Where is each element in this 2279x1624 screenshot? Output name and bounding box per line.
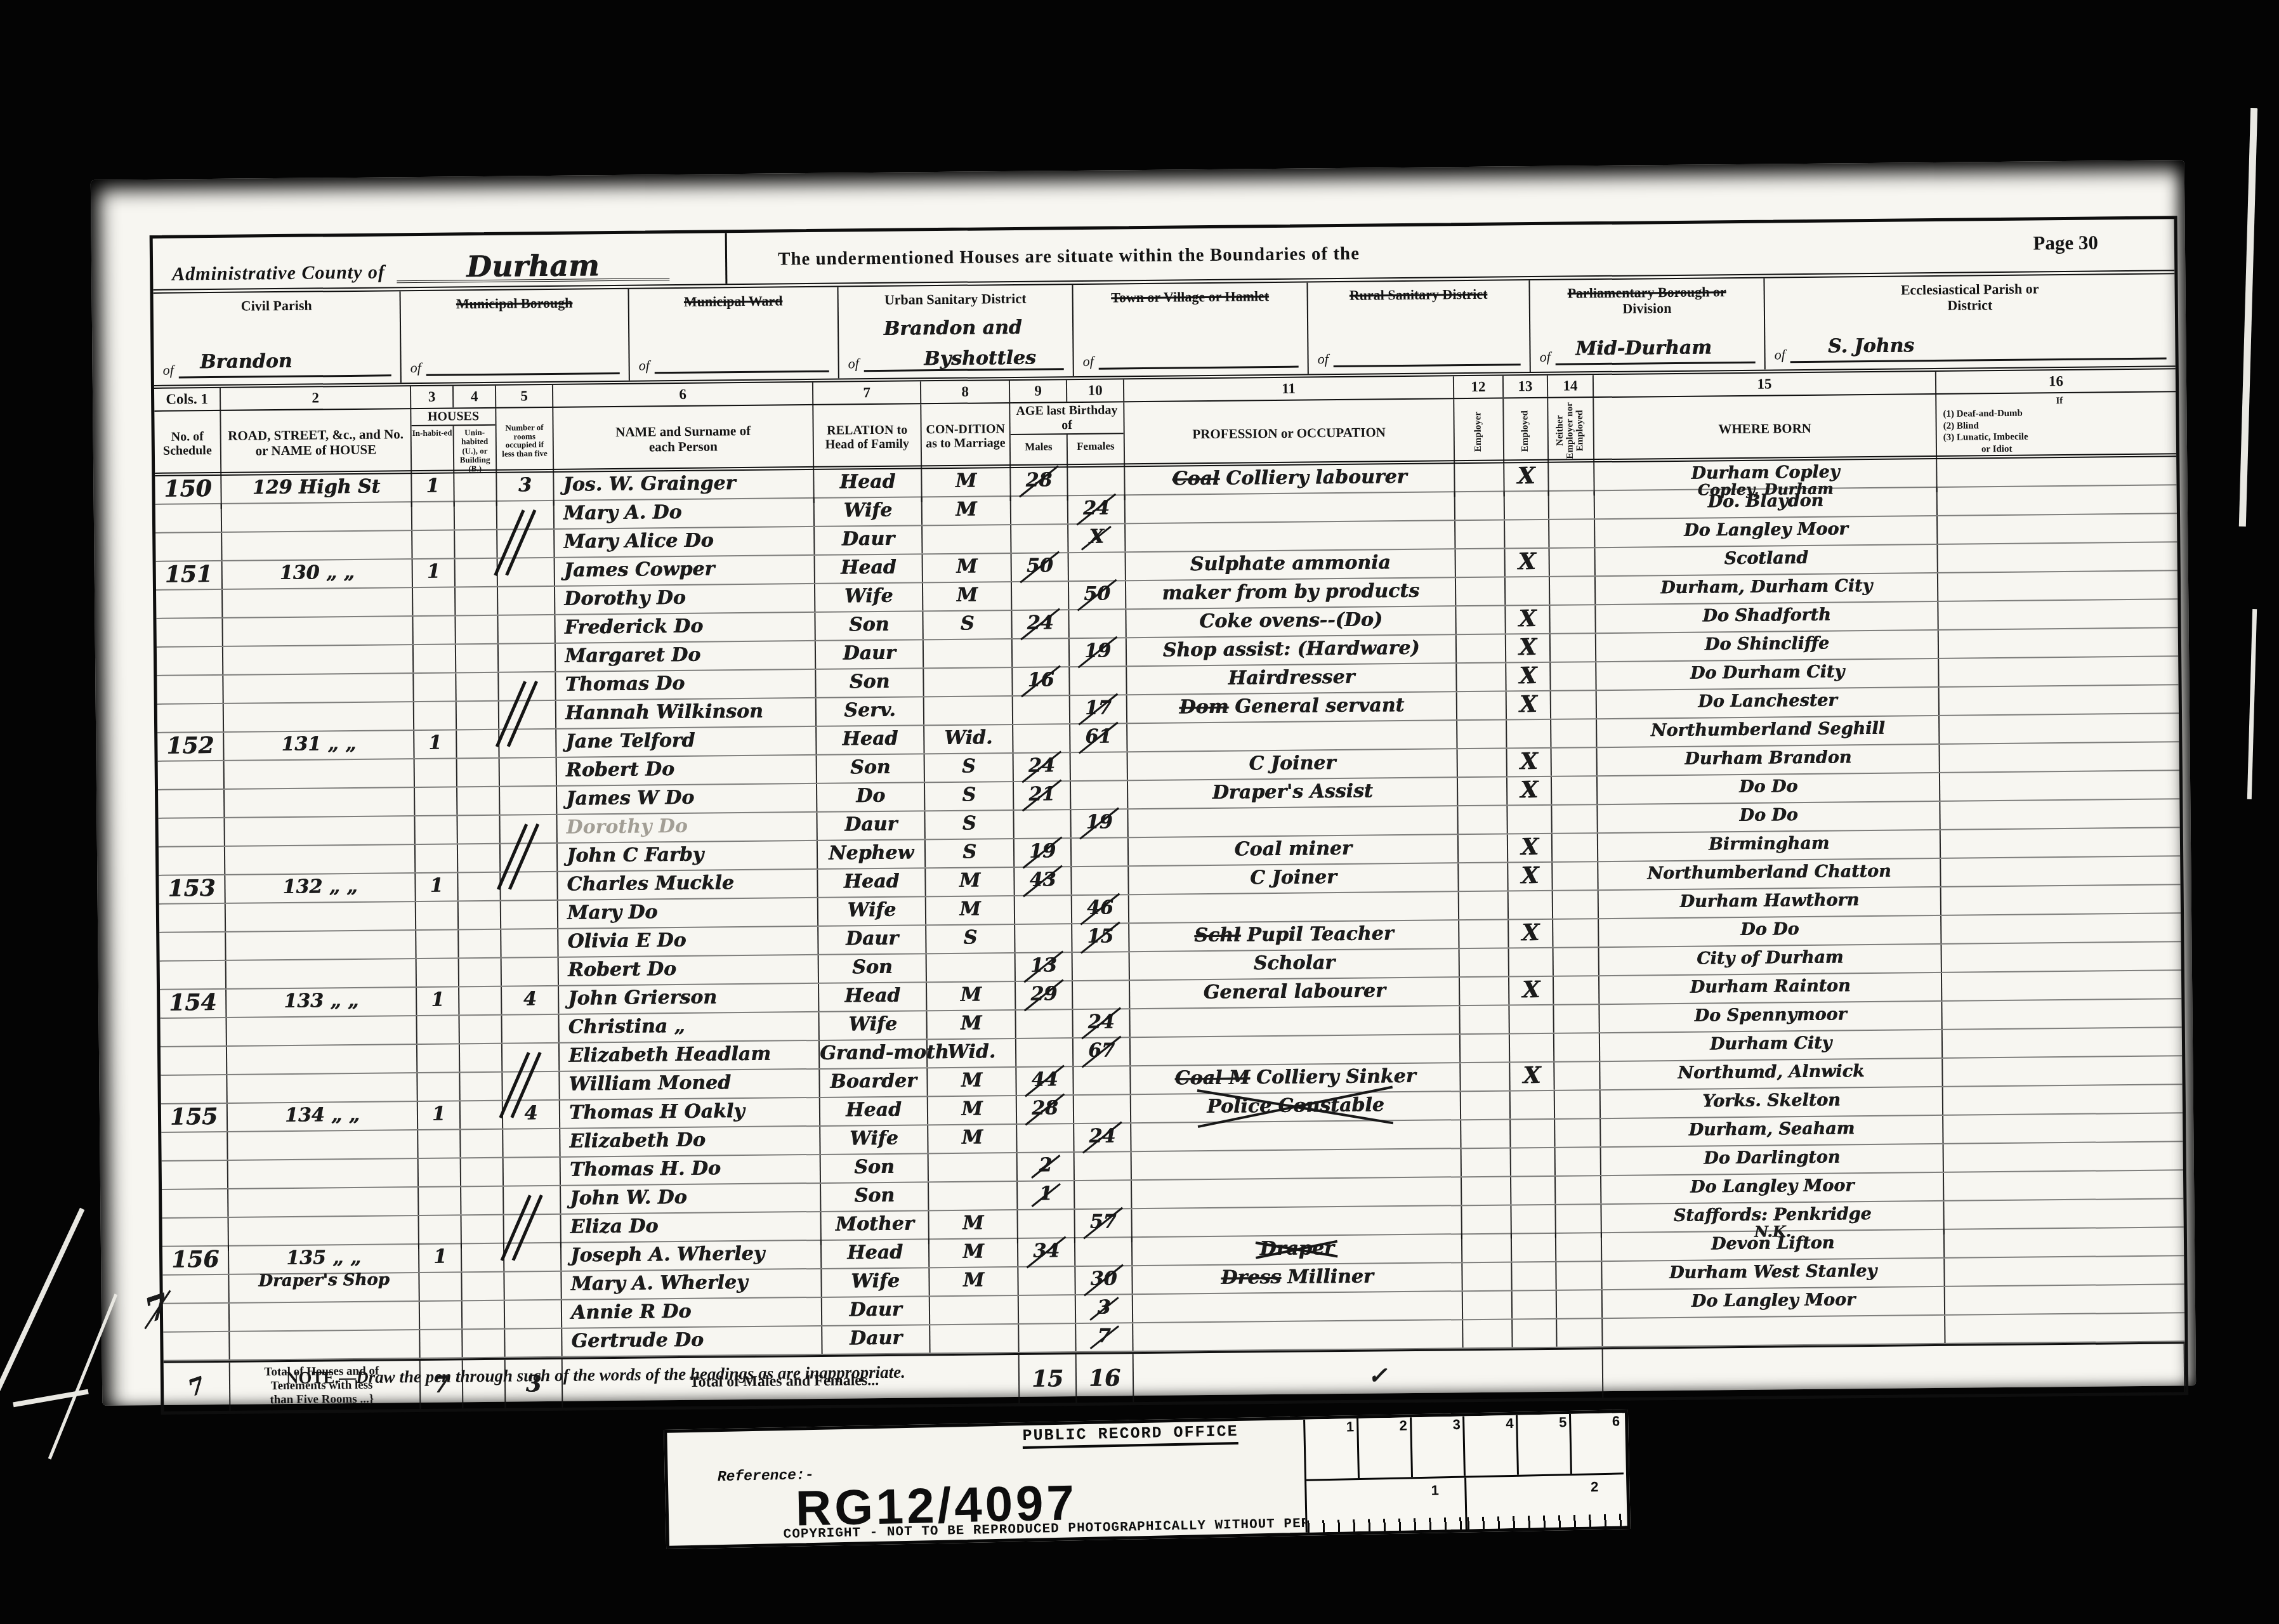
cell-name: Frederick Do [555, 613, 815, 643]
colhead-whereborn-text: WHERE BORN [1718, 421, 1811, 437]
cell-where-born: Do Langley Moor [1595, 516, 1938, 547]
cell-relation: Grand-moth [820, 1040, 928, 1068]
cell-occupation: C Joiner [1128, 749, 1458, 780]
colhead-age-title: AGE last Birthday of [1010, 402, 1123, 435]
person-name: Elizabeth Do [569, 1129, 706, 1153]
condition-value: M [956, 499, 977, 521]
colhead-condition-text: CON-DITION as to Marriage [924, 422, 1007, 450]
cell-uninhabited [456, 673, 499, 701]
inhabited-mark: 1 [428, 732, 442, 754]
district-of-line: ofMid-Durham [1539, 347, 1755, 365]
occupation-value: Coke ovens--(Do) [1199, 608, 1383, 632]
cell-employed [1507, 806, 1552, 834]
cell-rooms [501, 929, 558, 957]
occupation-value: C Joiner [1249, 752, 1336, 775]
colhead-relation: RELATION to Head of Family [813, 404, 922, 470]
born-value: Do Lanchester [1597, 688, 1938, 715]
person-name: Jos. W. Grainger [563, 472, 735, 496]
cell-age-male [1014, 810, 1071, 838]
pro-reference-box: PUBLIC RECORD OFFICE Reference:- RG12/40… [664, 1410, 1631, 1549]
cell-street: 133 „ „ [227, 988, 417, 1017]
condition-value: M [956, 584, 978, 606]
cell-where-born: Durham, Durham City [1596, 573, 1938, 604]
cell-neither-employed [1549, 491, 1595, 519]
cell-street [223, 645, 414, 674]
district-label-line1: Urban Sanitary District [884, 291, 1027, 308]
cell-uninhabited [463, 1330, 505, 1358]
colhead-age-group: AGE last Birthday of Males Females [1010, 402, 1125, 468]
cell-uninhabited [456, 645, 499, 672]
cell-condition [930, 1296, 1019, 1324]
cell-name: James W Do [557, 784, 817, 814]
inhabited-mark: 1 [430, 875, 443, 897]
table-body: 150129 High St13Jos. W. GraingerHeadM28C… [155, 457, 2184, 1361]
colhead-rooms-text: Number of rooms occupied if less than fi… [499, 423, 551, 458]
cell-inhabited [419, 1273, 462, 1300]
cell-neither-employed [1552, 776, 1598, 804]
cell-relation: Son [819, 954, 927, 983]
ruler-cm-segment: 5 [1518, 1414, 1572, 1475]
cell-age-female [1074, 1095, 1131, 1123]
cell-name: Elizabeth Headlam [560, 1041, 820, 1071]
cell-uninhabited [462, 1244, 504, 1272]
person-name: Mary A. Wherley [570, 1271, 747, 1295]
relation-value: Son [850, 671, 890, 693]
occupation-value: Colliery labourer [1226, 466, 1407, 490]
cell-uninhabited [461, 1101, 503, 1129]
district-band: Civil ParishofBrandonMunicipal Boroughof… [154, 274, 2176, 389]
cell-age-female: 19 [1070, 638, 1127, 666]
district-label: Urban Sanitary District [839, 290, 1072, 308]
age-female-value: 50 [1079, 581, 1115, 607]
cell-neither-employed [1555, 1119, 1601, 1147]
cell-age-female [1071, 781, 1128, 809]
cell-where-born: Yorks. Skelton [1601, 1087, 1943, 1118]
district-box: Urban Sanitary DistrictofBrandon andBysh… [838, 285, 1074, 379]
cell-employed [1512, 1234, 1556, 1262]
cell-rooms: 4 [503, 1101, 560, 1129]
cell-age-female [1069, 553, 1126, 580]
district-of-line: ofBrandon andByshottles [848, 353, 1064, 372]
colhead-employer-text: Employer [1474, 411, 1484, 451]
cell-rooms [504, 1158, 561, 1186]
age-male-value: 28 [1020, 468, 1057, 494]
situate-statement: The undermentioned Houses are situate wi… [778, 244, 1360, 270]
district-box: Parliamentary Borough orDivisionofMid-Du… [1530, 278, 1765, 372]
district-blank-line: S. Johns [1790, 352, 2167, 363]
cell-relation: Son [821, 1154, 929, 1182]
colhead-infirmity-3: (3) Lunatic, Imbecile [1943, 432, 2028, 443]
cell-age-male: 19 [1015, 839, 1072, 867]
cell-infirmity [1943, 1113, 2183, 1143]
cell-age-male [1015, 896, 1072, 924]
cell-age-male: 29 [1016, 981, 1073, 1009]
occupation-value: General labourer [1203, 979, 1385, 1004]
cell-age-male [1013, 724, 1070, 752]
person-name: Thomas H Oakly [569, 1100, 745, 1124]
person-name: Olivia E Do [567, 929, 686, 953]
cell-age-male [1011, 496, 1068, 524]
census-page: Administrative County of Durham The unde… [91, 160, 2196, 1406]
cell-schedule [158, 761, 225, 789]
cell-rooms [505, 1300, 562, 1328]
condition-value: S [962, 813, 976, 835]
column-number-text: 6 [679, 386, 686, 403]
adjacent-page-edge [2247, 609, 2257, 799]
cell-rooms [500, 787, 557, 815]
cell-employer [1463, 1319, 1513, 1347]
person-name: Elizabeth Headlam [568, 1043, 771, 1067]
relation-value: Mother [836, 1213, 914, 1236]
cell-schedule [162, 1161, 228, 1189]
cell-uninhabited [457, 730, 499, 758]
district-value: S. Johns [1828, 333, 1915, 359]
district-label-line1: Parliamentary Borough or [1567, 284, 1726, 301]
employed-mark: X [1522, 976, 1540, 1003]
district-label: Parliamentary Borough orDivision [1530, 284, 1764, 318]
born-value: Do Do [1598, 802, 1939, 829]
person-name: Margaret Do [565, 644, 700, 667]
condition-value: M [962, 1126, 983, 1148]
census-table: Administrative County of Durham The unde… [150, 216, 2189, 1415]
cell-name: Mary A. Do [555, 499, 815, 528]
cell-employed: X [1507, 777, 1552, 805]
cell-age-female [1071, 752, 1128, 780]
colhead-name-line1: NAME and Surname of [615, 423, 751, 440]
cell-where-born: Northumberland Chatton [1598, 859, 1941, 889]
cell-inhabited [414, 673, 456, 701]
cell-inhabited [420, 1330, 463, 1358]
scanned-census-image: Administrative County of Durham The unde… [0, 0, 2279, 1624]
rooms-value: 4 [524, 1102, 537, 1124]
cell-age-female: 24 [1073, 1009, 1130, 1037]
age-male-value: 28 [1027, 1096, 1063, 1122]
cell-where-born: Do Do [1598, 773, 1940, 804]
born-value: Durham, Seaham [1601, 1116, 1942, 1143]
schedule-number: 150 [164, 475, 212, 502]
relation-value: Head [844, 985, 900, 1007]
occupation-value: Milliner [1287, 1266, 1374, 1288]
ruler-cm-number: 3 [1452, 1417, 1461, 1433]
cell-condition: M [928, 1125, 1017, 1153]
cell-employed [1510, 1034, 1554, 1062]
schedule-number: 151 [164, 561, 213, 588]
cell-occupation: DressMilliner [1133, 1263, 1462, 1293]
cell-employed: X [1507, 691, 1551, 719]
cell-employer [1460, 948, 1509, 976]
cell-age-female: 24 [1068, 495, 1126, 523]
condition-value: M [959, 869, 981, 891]
age-male-value: 24 [1022, 610, 1059, 636]
rooms-value: 3 [518, 474, 532, 496]
cell-inhabited: 1 [419, 1244, 462, 1272]
cell-age-female: 24 [1074, 1123, 1131, 1151]
cell-schedule [157, 704, 224, 732]
age-female-value: 46 [1082, 895, 1119, 921]
ruler-cm-segment: 6 [1571, 1413, 1624, 1474]
condition-value: M [962, 1240, 984, 1262]
employed-mark: X [1520, 776, 1538, 803]
district-label: Municipal Borough [401, 294, 628, 313]
relation-value: Daur [842, 528, 895, 551]
district-label-line1: Rural Sanitary District [1350, 286, 1488, 303]
age-male-value: 21 [1023, 782, 1060, 808]
cell-neither-employed [1550, 577, 1596, 605]
relation-value: Wife [848, 1013, 897, 1036]
age-female-value: X [1084, 525, 1109, 550]
cell-age-female [1072, 867, 1129, 894]
relation-value: Son [849, 613, 890, 636]
cell-where-born: Durham, Seaham [1601, 1116, 1943, 1146]
cell-employed: X [1506, 663, 1551, 691]
district-value: Brandon and [884, 315, 1022, 342]
cell-schedule [157, 647, 223, 675]
district-label: Town or Village or Hamlet [1074, 287, 1307, 306]
cell-uninhabited [456, 559, 498, 587]
cell-employer [1457, 635, 1506, 663]
cell-relation: Nephew [818, 840, 926, 868]
employed-mark: X [1518, 548, 1536, 575]
street-text: 132 „ „ [282, 875, 357, 898]
person-name: Mary Do [567, 901, 658, 924]
age-female-value: 15 [1082, 924, 1119, 950]
cell-schedule [161, 1047, 227, 1075]
district-blank-line: Brandon [179, 369, 391, 378]
relation-value: Son [854, 1156, 895, 1179]
cell-relation: Wife [815, 497, 923, 526]
cell-rooms [499, 672, 556, 700]
district-blank-line [1099, 361, 1299, 370]
condition-value: M [962, 1212, 984, 1234]
cell-condition [924, 639, 1013, 667]
cell-infirmity [1940, 771, 2179, 801]
cell-rooms [502, 1072, 560, 1100]
cell-occupation [1126, 521, 1455, 551]
condition-value: M [959, 898, 981, 920]
cell-uninhabited [459, 901, 501, 929]
cell-street: 130 „ „ [223, 560, 413, 589]
totals-males: 15 [1020, 1354, 1077, 1403]
cell-name: Margaret Do [556, 641, 816, 671]
cell-employed: X [1508, 834, 1553, 862]
cell-employer [1456, 606, 1506, 634]
cell-age-female [1073, 981, 1130, 1009]
cell-inhabited [416, 901, 459, 929]
cell-condition: M [926, 868, 1015, 896]
cell-age-male: 43 [1015, 867, 1072, 895]
cell-relation: Daur [818, 926, 926, 954]
relation-value: Head [847, 1241, 903, 1264]
colhead-occupation: PROFESSION or OCCUPATION [1124, 399, 1455, 467]
cell-neither-employed [1551, 634, 1596, 662]
cell-occupation: Sulphate ammonia [1126, 549, 1456, 580]
cell-occupation: C Joiner [1129, 863, 1459, 894]
cell-occupation [1130, 1006, 1460, 1037]
cell-inhabited [417, 1073, 460, 1101]
cell-rooms [505, 1329, 562, 1357]
cell-infirmity [1943, 1056, 2182, 1086]
colhead-houses-split: In-habit-ed Unin-habited (U.), or Buildi… [412, 426, 496, 475]
person-name: James W Do [566, 787, 694, 810]
born-value: Northumberland Seghill [1597, 716, 1938, 743]
cell-employer [1455, 549, 1505, 577]
cell-condition: M [928, 1068, 1016, 1096]
totals-schedule-mark: 7 [185, 1372, 207, 1401]
cell-relation: Do [817, 783, 925, 811]
district-label-line1: Municipal Borough [456, 295, 573, 312]
street-text: 134 „ „ [285, 1104, 360, 1127]
cell-neither-employed [1554, 1062, 1600, 1090]
cell-neither-employed [1557, 1290, 1603, 1318]
born-value: Do Do [1599, 916, 1940, 943]
occupation-value: Sulphate ammonia [1190, 551, 1390, 575]
colhead-employed-text: Employed [1521, 410, 1531, 452]
district-of-line: of [410, 358, 620, 376]
cell-age-female: 30 [1075, 1266, 1133, 1294]
person-name: Frederick Do [564, 615, 703, 639]
cell-rooms [502, 958, 559, 986]
cell-age-female: 61 [1070, 724, 1127, 752]
occupation-value: C Joiner [1250, 866, 1337, 889]
cell-where-born: Durham West Stanley [1602, 1259, 1945, 1289]
cell-relation: Daur [816, 640, 924, 669]
rooms-value: 4 [523, 988, 537, 1010]
of-word: of [1774, 346, 1785, 363]
cell-employer [1462, 1148, 1511, 1176]
cell-where-born: Durham City [1600, 1030, 1943, 1061]
cell-name: Mary Alice Do [555, 527, 815, 557]
cell-neither-employed [1551, 719, 1597, 747]
cell-inhabited [414, 702, 457, 730]
cell-rooms [497, 501, 555, 529]
cell-infirmity [1945, 1285, 2184, 1314]
occupation-value: General servant [1235, 694, 1404, 718]
cell-employer [1459, 920, 1509, 948]
cell-schedule: 153 [159, 875, 225, 903]
person-name: Charles Muckle [567, 872, 734, 896]
column-number-text: 8 [961, 384, 969, 400]
cell-neither-employed [1556, 1233, 1602, 1261]
relation-value: Son [854, 1184, 895, 1207]
colhead-uninhabited: Unin-habited (U.), or Building (B.) [454, 426, 496, 474]
cell-name: Gertrude Do [562, 1326, 822, 1356]
cell-age-female: 3 [1076, 1295, 1133, 1323]
cell-name: Elizabeth Do [560, 1127, 820, 1156]
cell-age-male [1016, 1010, 1073, 1038]
cell-neither-employed [1551, 662, 1596, 690]
cell-neither-employed [1554, 1005, 1599, 1033]
relation-value: Daur [846, 927, 898, 950]
cell-where-born: Do Shadforth [1596, 602, 1938, 632]
condition-value: M [961, 1097, 983, 1120]
born-value: Do Langley Moor [1601, 1173, 1943, 1200]
column-number-text: 9 [1034, 383, 1042, 400]
cell-uninhabited [460, 1073, 502, 1101]
totals-check: ✓ [1134, 1349, 1604, 1402]
cell-age-female [1073, 952, 1130, 980]
cell-name: John W. Do [561, 1184, 821, 1214]
cell-age-female [1069, 610, 1126, 638]
relation-value: Wife [847, 899, 896, 922]
age-female-value: 3 [1092, 1295, 1115, 1320]
column-number-text: 4 [471, 388, 478, 405]
district-blank-line: Mid-Durham [1556, 357, 1756, 365]
cell-street [222, 502, 412, 532]
cell-age-female [1075, 1238, 1133, 1266]
cell-relation: Son [815, 612, 923, 640]
ruler-inch-number: 1 [1431, 1483, 1439, 1499]
relation-value: Daur [850, 1327, 902, 1350]
cell-street [227, 1073, 417, 1103]
cell-age-female: 17 [1070, 695, 1127, 723]
cell-where-born: Do Do [1598, 802, 1940, 832]
relation-value: Nephew [829, 841, 914, 864]
cell-schedule [162, 1275, 229, 1303]
district-label: Ecclesiastical Parish orDistrict [1764, 279, 2174, 315]
ruler-cm-number: 6 [1612, 1413, 1620, 1429]
admin-county-value: Durham [466, 248, 600, 284]
employed-mark: X [1521, 834, 1539, 860]
cell-neither-employed [1549, 548, 1595, 576]
born-value: Birmingham [1598, 830, 1940, 858]
cell-employed [1511, 1091, 1555, 1119]
cell-infirmity [1945, 1313, 2184, 1343]
cell-occupation [1133, 1292, 1463, 1322]
cell-occupation: Hairdresser [1127, 664, 1457, 694]
cell-condition: Wid. [928, 1039, 1016, 1067]
cell-employed: X [1505, 549, 1549, 577]
employed-mark: X [1520, 691, 1537, 717]
column-number-text: 10 [1087, 383, 1102, 399]
cell-rooms [497, 530, 555, 558]
cell-neither-employed [1553, 834, 1598, 861]
column-number-text: 15 [1757, 376, 1771, 392]
cell-occupation: SchlPupil Teacher [1129, 920, 1459, 951]
district-value: Brandon [200, 349, 292, 375]
occupation-struck-prefix: Coal [1172, 468, 1219, 490]
employed-mark: X [1517, 462, 1535, 489]
person-name: Mary Alice Do [563, 529, 714, 553]
cell-rooms [498, 587, 555, 615]
born-value: Durham Brandon [1598, 745, 1939, 772]
cell-employer [1461, 1120, 1511, 1148]
cell-age-female: 67 [1074, 1038, 1131, 1066]
cell-uninhabited [459, 987, 502, 1015]
colhead-rooms: Number of rooms occupied if less than fi… [496, 408, 554, 473]
cell-condition: M [926, 896, 1015, 924]
age-female-value: 19 [1081, 809, 1118, 835]
cell-neither-employed [1554, 948, 1599, 976]
occupation-value: Police Constable [1207, 1092, 1384, 1120]
cell-condition [930, 1325, 1019, 1352]
condition-value: S [962, 784, 976, 806]
cell-employer [1455, 521, 1505, 549]
cell-infirmity [1941, 913, 2181, 943]
condition-value: Wid. [947, 1040, 995, 1063]
cell-employer [1459, 891, 1509, 919]
cell-neither-employed [1549, 520, 1595, 547]
cell-schedule [155, 533, 222, 561]
colhead-name-line2: each Person [649, 439, 718, 455]
cell-age-male [1017, 1124, 1074, 1152]
ruler-cm-segment: 1 [1305, 1418, 1360, 1479]
cell-street [228, 1130, 418, 1160]
district-box: Rural Sanitary Districtof [1308, 280, 1530, 374]
cell-neither-employed [1553, 919, 1599, 947]
cell-age-male: 44 [1016, 1067, 1074, 1095]
schedule-number: 154 [169, 989, 217, 1016]
occupation-struck-prefix: Dress [1221, 1266, 1281, 1289]
